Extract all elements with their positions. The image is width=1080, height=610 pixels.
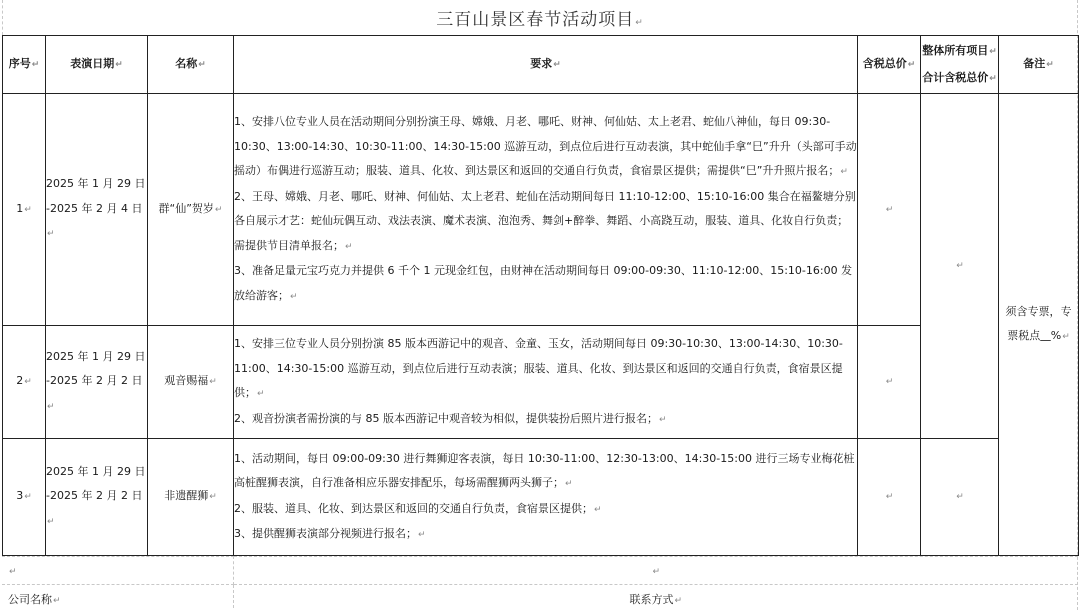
cell-grand-total[interactable]: ↵ xyxy=(921,439,999,556)
cell-text: 三百山景区春节活动项目 xyxy=(436,10,634,30)
table-row: 2↵ 2025 年 1 月 29 日-2025 年 2 月 2 日↵ 观音赐福↵… xyxy=(3,326,1079,439)
cell-text: 要求 xyxy=(530,57,552,70)
document-title[interactable]: 三百山景区春节活动项目↵ xyxy=(0,5,1080,30)
paragraph-mark-icon: ↵ xyxy=(209,377,217,387)
header-grand-total[interactable]: 整体所有项目↵合计含税总价↵ xyxy=(921,36,999,94)
paragraph-mark-icon: ↵ xyxy=(215,205,223,215)
cell-text: 1、活动期间，每日 09:00-09:30 进行舞狮迎客表演，每日 10:30-… xyxy=(234,452,854,490)
cell-date[interactable]: 2025 年 1 月 29 日-2025 年 2 月 2 日↵ xyxy=(46,439,148,556)
paragraph-mark-icon: ↵ xyxy=(1062,332,1070,342)
footer-blank-cell[interactable]: ↵ xyxy=(233,557,1078,585)
cell-text: 2、服装、道具、化妆、到达景区和返回的交通自行负责，食宿景区提供； xyxy=(234,502,593,515)
cell-text: -2025 年 2 月 2 日 xyxy=(46,374,142,387)
paragraph-mark-icon: ↵ xyxy=(47,517,55,527)
requirement-item: 1、安排八位专业人员在活动期间分别扮演王母、嫦娥、月老、哪吒、财神、何仙姑、太上… xyxy=(234,110,857,185)
paragraph-mark-icon: ↵ xyxy=(674,596,682,606)
paragraph-mark-icon: ↵ xyxy=(908,60,916,70)
footer-blank-cell[interactable]: ↵ xyxy=(2,557,233,585)
requirement-item: 1、活动期间，每日 09:00-09:30 进行舞狮迎客表演，每日 10:30-… xyxy=(234,447,857,497)
company-name-field[interactable]: 公司名称↵ xyxy=(2,585,233,610)
paragraph-mark-icon: ↵ xyxy=(47,402,55,412)
paragraph-mark-icon: ↵ xyxy=(290,292,298,302)
cell-text: 合计含税总价 xyxy=(922,71,988,84)
cell-text: 含税总价 xyxy=(863,57,907,70)
footer-blank-row: ↵ ↵ xyxy=(2,557,1078,585)
requirement-item: 3、提供醒狮表演部分视频进行报名；↵ xyxy=(234,522,857,548)
paragraph-mark-icon: ↵ xyxy=(594,505,602,515)
cell-requirements[interactable]: 1、安排三位专业人员分别扮演 85 版本西游记中的观音、金童、玉女，活动期间每日… xyxy=(234,326,858,439)
cell-date[interactable]: 2025 年 1 月 29 日-2025 年 2 月 4 日↵ xyxy=(46,94,148,326)
cell-text: % xyxy=(1051,329,1061,342)
header-requirements[interactable]: 要求↵ xyxy=(234,36,858,94)
table-header-row: 序号↵ 表演日期↵ 名称↵ 要求↵ 含税总价↵ 整体所有项目↵合计含税总价↵ 备… xyxy=(3,36,1079,94)
header-index[interactable]: 序号↵ xyxy=(3,36,46,94)
requirement-item: 2、观音扮演者需扮演的与 85 版本西游记中观音较为相似，提供装扮后照片进行报名… xyxy=(234,407,857,433)
cell-requirements[interactable]: 1、活动期间，每日 09:00-09:30 进行舞狮迎客表演，每日 10:30-… xyxy=(234,439,858,556)
paragraph-mark-icon: ↵ xyxy=(257,389,265,399)
paragraph-mark-icon: ↵ xyxy=(53,596,61,606)
cell-text: 序号 xyxy=(9,57,31,70)
cell-text: 公司名称 xyxy=(8,593,52,606)
paragraph-mark-icon: ↵ xyxy=(24,377,32,387)
cell-text: 2、王母、嫦娥、月老、哪吒、财神、何仙姑、太上老君、蛇仙在活动期间每日 11:1… xyxy=(234,190,856,252)
requirement-item: 1、安排三位专业人员分别扮演 85 版本西游记中的观音、金童、玉女，活动期间每日… xyxy=(234,332,857,407)
header-tax-total[interactable]: 含税总价↵ xyxy=(858,36,921,94)
cell-text: 须含专票，专 xyxy=(999,300,1078,325)
cell-text: 2025 年 1 月 29 日 xyxy=(46,460,147,485)
cell-text: 3、提供醒狮表演部分视频进行报名； xyxy=(234,527,417,540)
cell-text: 非遗醒狮 xyxy=(164,489,208,502)
cell-name[interactable]: 群“仙”贺岁↵ xyxy=(148,94,234,326)
cell-text: 群“仙”贺岁 xyxy=(159,202,214,215)
footer-info-row: 公司名称↵ 联系方式↵ xyxy=(2,585,1078,610)
table-row: 3↵ 2025 年 1 月 29 日-2025 年 2 月 2 日↵ 非遗醒狮↵… xyxy=(3,439,1079,556)
cell-text: -2025 年 2 月 4 日 xyxy=(46,202,142,215)
paragraph-mark-icon: ↵ xyxy=(418,530,426,540)
paragraph-mark-icon: ↵ xyxy=(24,492,32,502)
paragraph-mark-icon: ↵ xyxy=(565,479,573,489)
paragraph-mark-icon: ↵ xyxy=(840,167,848,177)
cell-name[interactable]: 非遗醒狮↵ xyxy=(148,439,234,556)
paragraph-mark-icon: ↵ xyxy=(9,567,17,577)
cell-text: 观音赐福 xyxy=(164,374,208,387)
paragraph-mark-icon: ↵ xyxy=(635,18,644,28)
cell-text: 2 xyxy=(16,374,23,387)
cell-text: 1、安排八位专业人员在活动期间分别扮演王母、嫦娥、月老、哪吒、财神、何仙姑、太上… xyxy=(234,115,857,177)
cell-text: 名称 xyxy=(175,57,197,70)
cell-tax-total[interactable]: ↵ xyxy=(858,326,921,439)
paragraph-mark-icon: ↵ xyxy=(886,205,894,215)
paragraph-mark-icon: ↵ xyxy=(659,415,667,425)
cell-text: 1 xyxy=(16,202,23,215)
cell-index[interactable]: 2↵ xyxy=(3,326,46,439)
paragraph-mark-icon: ↵ xyxy=(24,205,32,215)
header-name[interactable]: 名称↵ xyxy=(148,36,234,94)
tax-rate-blank xyxy=(1040,329,1051,342)
cell-text: 联系方式 xyxy=(629,593,673,606)
cell-text: 票税点 xyxy=(1007,329,1040,342)
cell-index[interactable]: 3↵ xyxy=(3,439,46,556)
contact-field[interactable]: 联系方式↵ xyxy=(233,585,1078,610)
activity-table[interactable]: 序号↵ 表演日期↵ 名称↵ 要求↵ 含税总价↵ 整体所有项目↵合计含税总价↵ 备… xyxy=(2,35,1079,556)
paragraph-mark-icon: ↵ xyxy=(989,74,997,84)
paragraph-mark-icon: ↵ xyxy=(956,492,964,502)
cell-text: 备注 xyxy=(1023,57,1045,70)
paragraph-mark-icon: ↵ xyxy=(886,492,894,502)
cell-text: 整体所有项目 xyxy=(922,44,988,57)
paragraph-mark-icon: ↵ xyxy=(1046,60,1054,70)
cell-text: -2025 年 2 月 2 日 xyxy=(46,489,142,502)
paragraph-mark-icon: ↵ xyxy=(198,60,206,70)
paragraph-mark-icon: ↵ xyxy=(652,567,660,577)
cell-text: 2、观音扮演者需扮演的与 85 版本西游记中观音较为相似，提供装扮后照片进行报名… xyxy=(234,412,658,425)
cell-date[interactable]: 2025 年 1 月 29 日-2025 年 2 月 2 日↵ xyxy=(46,326,148,439)
header-remarks[interactable]: 备注↵ xyxy=(999,36,1079,94)
signature-table[interactable]: ↵ ↵ 公司名称↵ 联系方式↵ xyxy=(2,556,1078,610)
requirement-item: 3、准备足量元宝巧克力并提供 6 千个 1 元现金红包，由财神在活动期间每日 0… xyxy=(234,259,857,309)
paragraph-mark-icon: ↵ xyxy=(989,47,997,57)
header-date[interactable]: 表演日期↵ xyxy=(46,36,148,94)
cell-text: 3、准备足量元宝巧克力并提供 6 千个 1 元现金红包，由财神在活动期间每日 0… xyxy=(234,264,852,302)
cell-text: 2025 年 1 月 29 日 xyxy=(46,345,147,370)
cell-index[interactable]: 1↵ xyxy=(3,94,46,326)
paragraph-mark-icon: ↵ xyxy=(115,60,123,70)
cell-text: 2025 年 1 月 29 日 xyxy=(46,172,147,197)
cell-name[interactable]: 观音赐福↵ xyxy=(148,326,234,439)
cell-grand-total[interactable]: ↵ xyxy=(921,94,999,439)
cell-tax-total[interactable]: ↵ xyxy=(858,439,921,556)
paragraph-mark-icon: ↵ xyxy=(32,60,40,70)
cell-text: 1、安排三位专业人员分别扮演 85 版本西游记中的观音、金童、玉女，活动期间每日… xyxy=(234,337,843,399)
cell-tax-total[interactable]: ↵ xyxy=(858,94,921,326)
paragraph-mark-icon: ↵ xyxy=(886,377,894,387)
paragraph-mark-icon: ↵ xyxy=(47,229,55,239)
paragraph-mark-icon: ↵ xyxy=(209,492,217,502)
paragraph-mark-icon: ↵ xyxy=(345,242,353,252)
cell-requirements[interactable]: 1、安排八位专业人员在活动期间分别扮演王母、嫦娥、月老、哪吒、财神、何仙姑、太上… xyxy=(234,94,858,326)
cell-text: 表演日期 xyxy=(70,57,114,70)
cell-remarks[interactable]: 须含专票，专 票税点 %↵ xyxy=(999,94,1079,556)
paragraph-mark-icon: ↵ xyxy=(956,261,964,271)
requirement-item: 2、服装、道具、化妆、到达景区和返回的交通自行负责，食宿景区提供；↵ xyxy=(234,497,857,523)
cell-text: 3 xyxy=(16,489,23,502)
requirement-item: 2、王母、嫦娥、月老、哪吒、财神、何仙姑、太上老君、蛇仙在活动期间每日 11:1… xyxy=(234,185,857,260)
table-row: 1↵ 2025 年 1 月 29 日-2025 年 2 月 4 日↵ 群“仙”贺… xyxy=(3,94,1079,326)
paragraph-mark-icon: ↵ xyxy=(553,60,561,70)
